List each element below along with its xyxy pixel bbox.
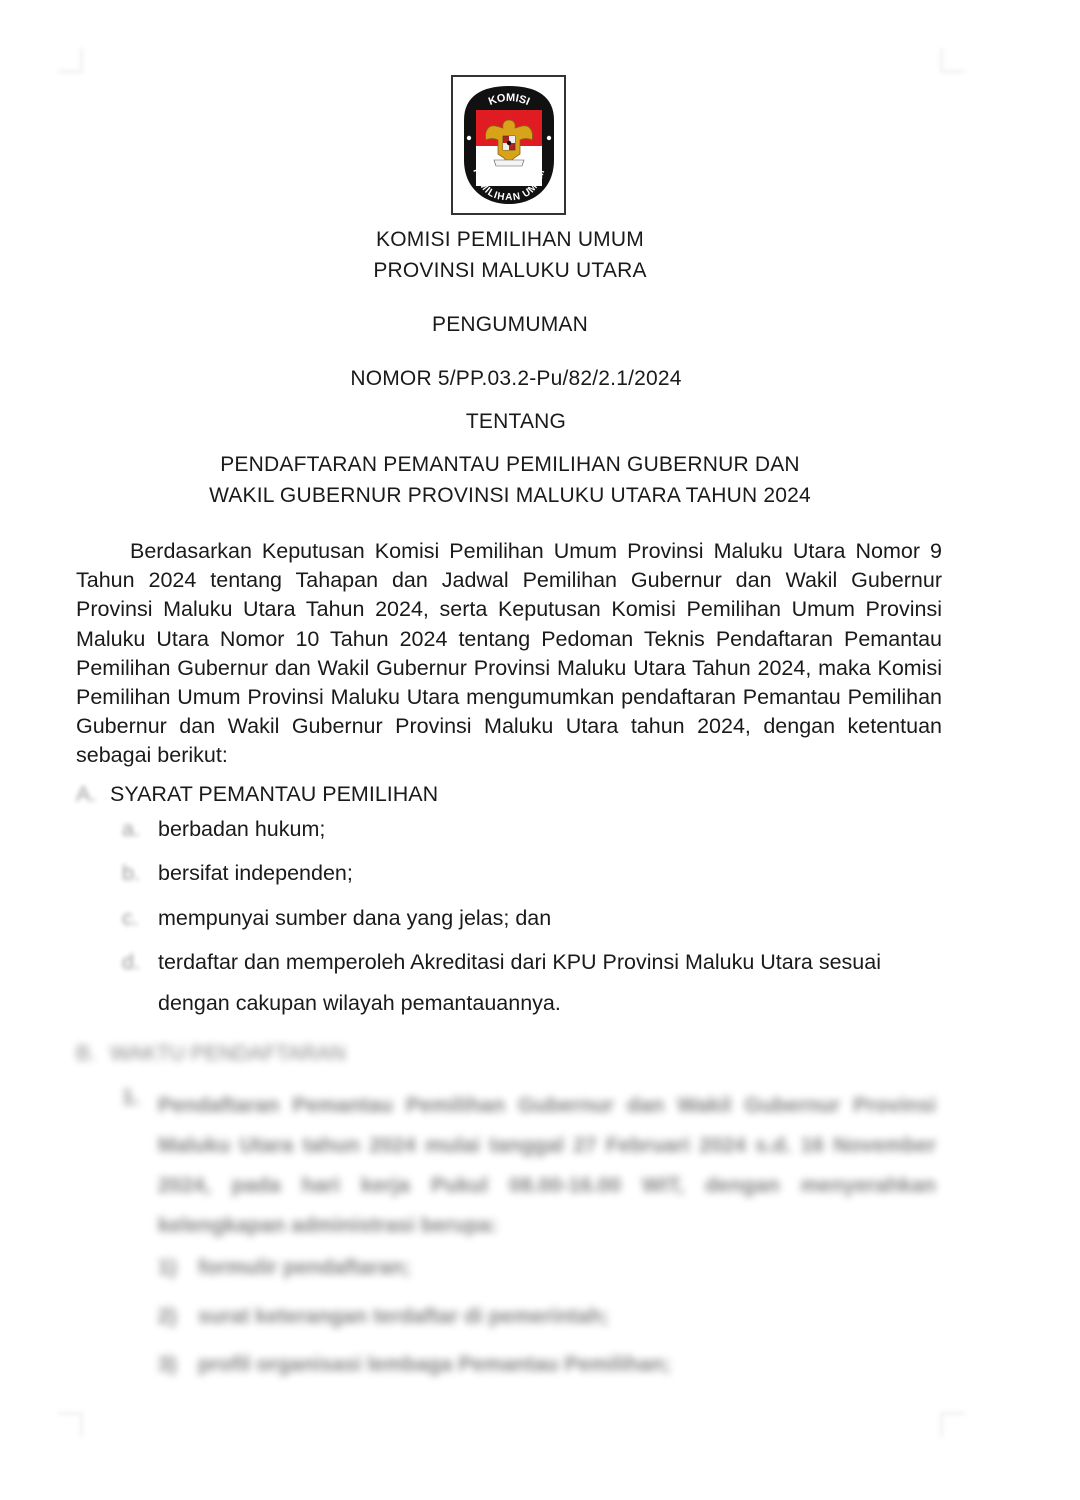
document-type: PENGUMUMAN: [0, 313, 1020, 337]
kpu-emblem-icon: KOMISI PEMILIHAN UMUM: [456, 80, 562, 210]
about-label: TENTANG: [6, 410, 1026, 434]
sub-list-item: 1)formulir pendaftaran;: [158, 1256, 410, 1280]
institution-name: KOMISI PEMILIHAN UMUM: [0, 228, 1020, 252]
sub-list-item: 2)surat keterangan terdaftar di pemerint…: [158, 1305, 609, 1329]
list-item: d.terdaftar dan memperoleh Akreditasi da…: [122, 950, 942, 975]
list-item: a.berbadan hukum;: [122, 817, 942, 842]
section-b-item-text: Pendaftaran Pemantau Pemilihan Gubernur …: [158, 1086, 936, 1246]
crop-mark-top-right: [940, 48, 965, 73]
section-a-heading: A.SYARAT PEMANTAU PEMILIHAN: [76, 782, 438, 807]
section-a-title: SYARAT PEMANTAU PEMILIHAN: [110, 782, 438, 806]
list-item-continuation: dengan cakupan wilayah pemantauannya.: [158, 991, 978, 1016]
section-a-label: A.: [76, 782, 110, 807]
list-item: b.bersifat independen;: [122, 861, 942, 886]
institution-province: PROVINSI MALUKU UTARA: [0, 259, 1020, 283]
kpu-logo: KOMISI PEMILIHAN UMUM: [451, 75, 566, 215]
list-item: c.mempunyai sumber dana yang jelas; dan: [122, 906, 942, 931]
crop-mark-top-left: [58, 48, 83, 73]
crop-mark-bottom-right: [940, 1412, 965, 1437]
document-number: NOMOR 5/PP.03.2-Pu/82/2.1/2024: [6, 367, 1026, 391]
crop-mark-bottom-left: [58, 1412, 83, 1437]
document-title-line2: WAKIL GUBERNUR PROVINSI MALUKU UTARA TAH…: [0, 484, 1020, 508]
section-b-heading: B.WAKTU PENDAFTARAN: [76, 1042, 346, 1066]
document-title-line1: PENDAFTARAN PEMANTAU PEMILIHAN GUBERNUR …: [0, 453, 1020, 477]
sub-list-item: 3)profil organisasi lembaga Pemantau Pem…: [158, 1353, 671, 1377]
intro-paragraph: Berdasarkan Keputusan Komisi Pemilihan U…: [76, 537, 942, 771]
